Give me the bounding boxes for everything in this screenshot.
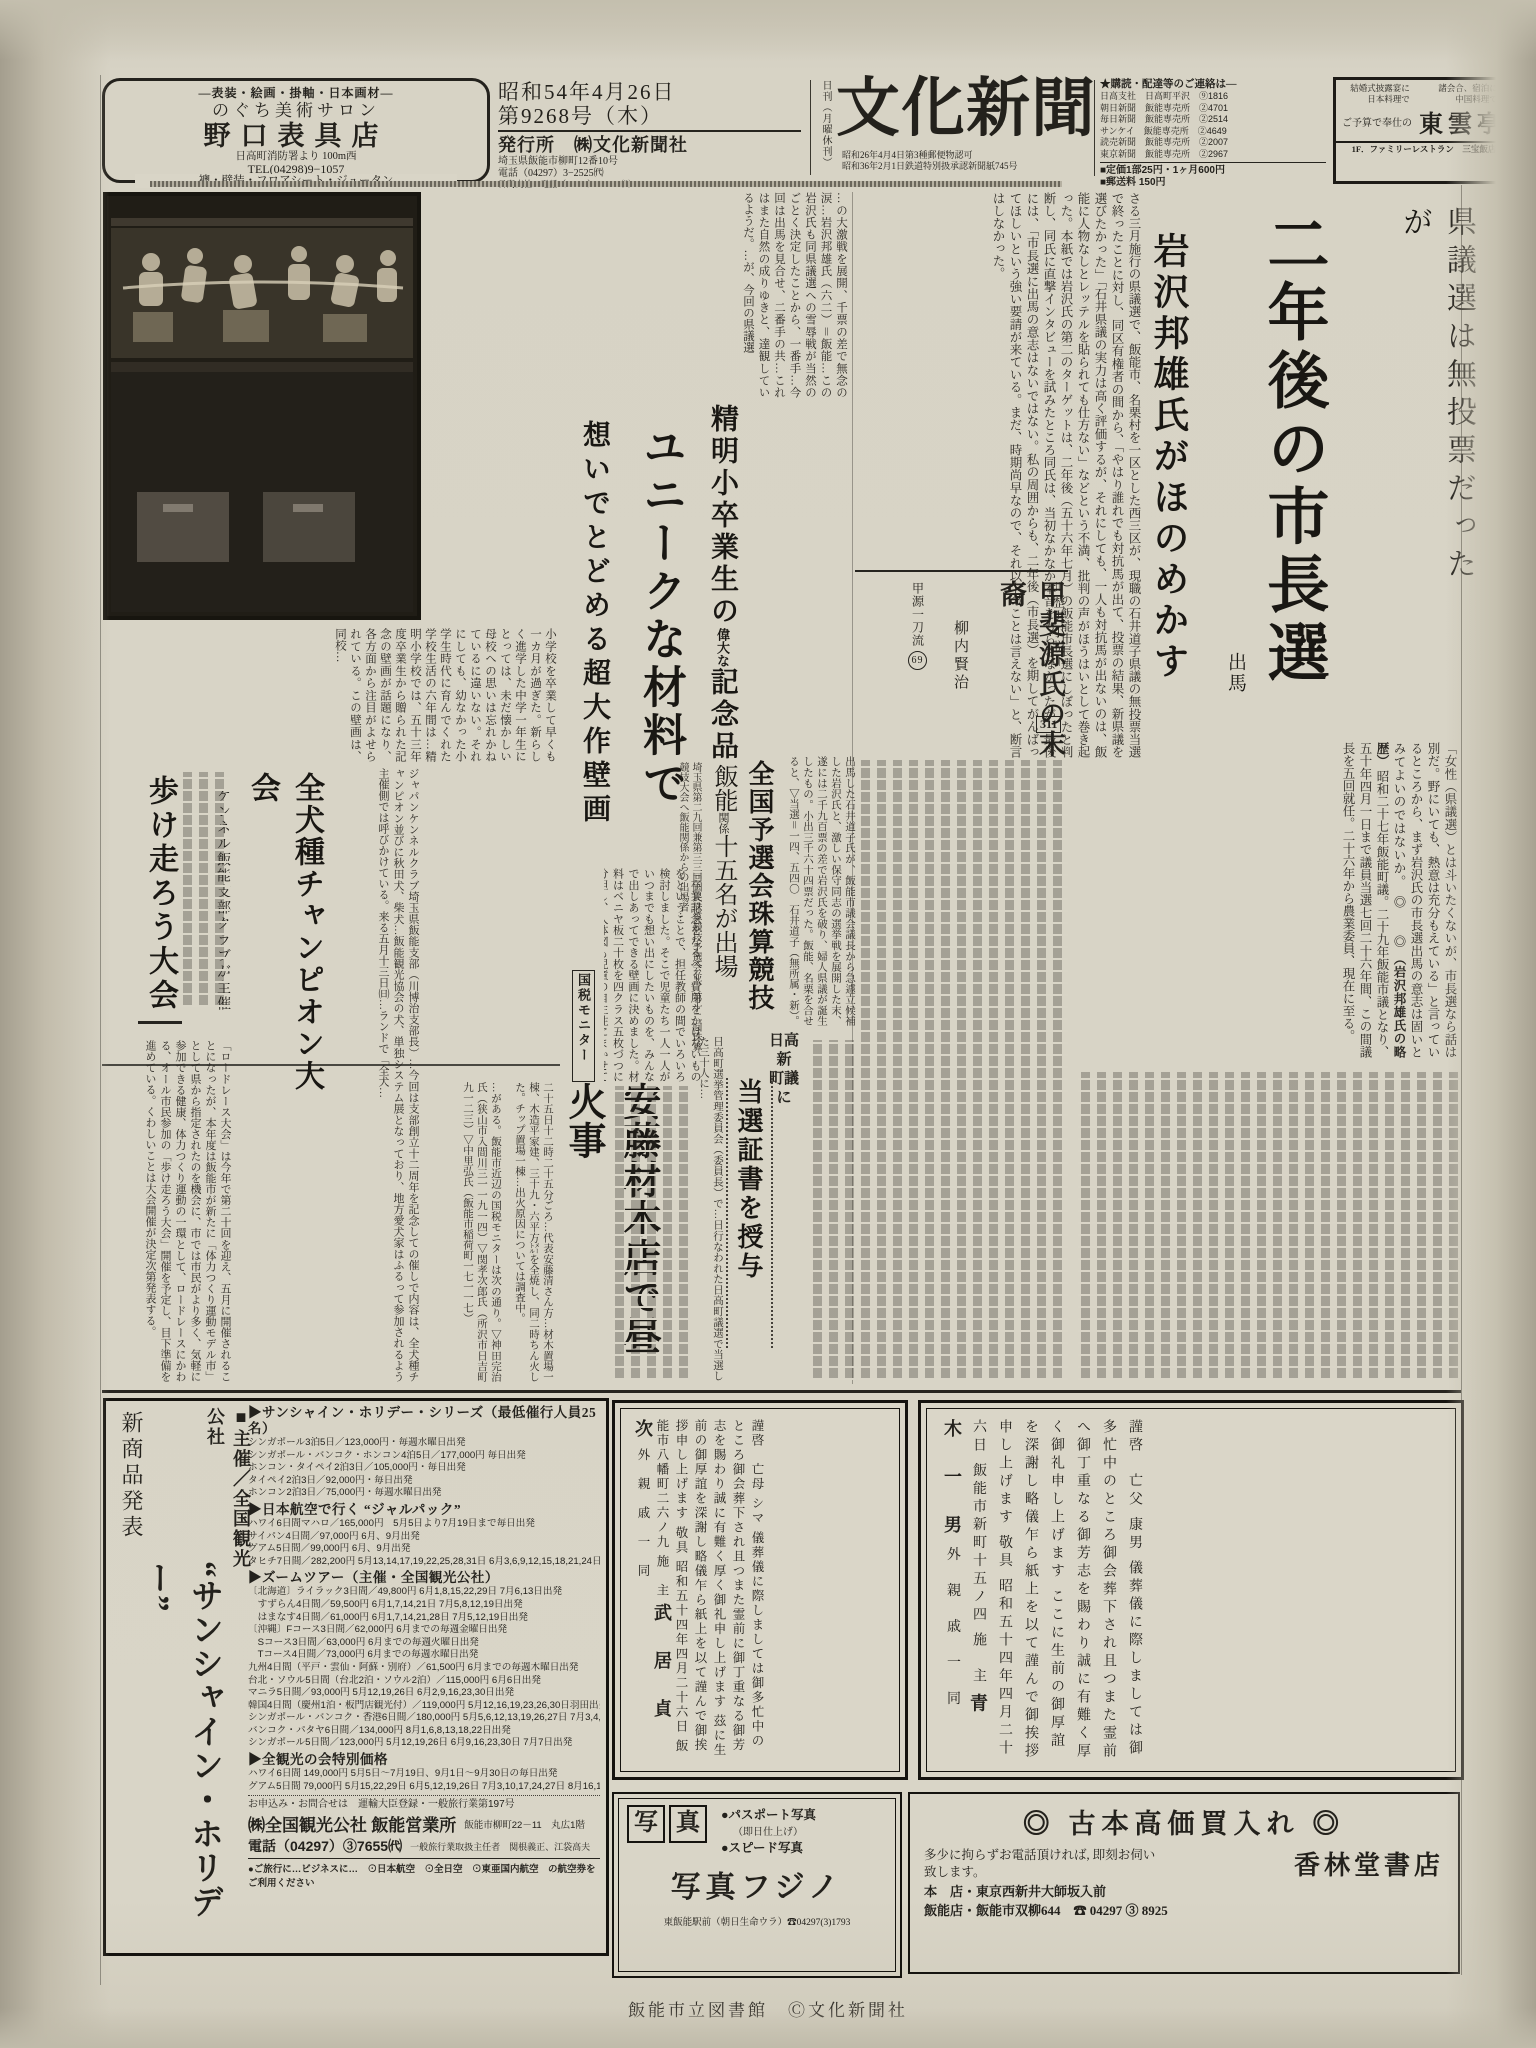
divider <box>498 130 801 132</box>
travel-company-address: 飯能市柳町22－11 丸広1階 <box>464 1817 585 1831</box>
page-edge-shadow <box>0 0 1536 60</box>
tonan-name: 東雲亭 <box>1419 104 1506 139</box>
headline-kicker: 県議選は無投票だったが <box>1392 206 1480 616</box>
tax-monitor-body: …がある。飯能市近辺の国税モニターは次の通り。▽神田完治氏（狭山市入間川三一一九… <box>428 1082 502 1382</box>
list-item: シンガポール5日間／123,000円 5月12,19,26日 6月9,16,23… <box>248 1737 600 1750</box>
books-line2: 飯能店・飯能市双柳644 ☎ 04297 ③ 8925 <box>924 1901 1444 1920</box>
tax-monitor-box: 国税モニター <box>572 970 595 1082</box>
novel-title: 甲斐源氏の末裔 <box>992 580 1070 760</box>
books-shop-name: 香林堂書店 <box>1294 1845 1444 1882</box>
soroban-subhead: 飯能関係十五名が出場 <box>706 764 741 1054</box>
main-article-spill: …の大激戦を展開、千票の差で無念の涙…岩沢邦雄氏（六二）＝飯能…この岩沢氏も同県… <box>432 192 848 398</box>
election-results: 出馬した石井道子氏が、飯能市議会議長から急遽立候補した岩沢氏と、激しい保守同志の… <box>786 756 856 1026</box>
books-mid-row: 多少に拘らずお電話頂ければ, 即刻お伺い 致します。 香林堂書店 <box>924 1845 1444 1882</box>
list-item: タヒチ7日間／282,200円 5月13,14,17,19,22,25,28,3… <box>248 1556 600 1569</box>
travel-section-3: ▶ズームツアー（主催・全国観光公社） 〔北海道〕ライラック3日間／49,800円… <box>248 1570 600 1750</box>
illegible-text-region <box>612 1086 688 1380</box>
list-item: 日高支社 日高町平沢 ⑨1816 <box>1100 91 1326 103</box>
list-item: サンケイ 飯能専売所 ②4649 <box>1100 126 1326 138</box>
soroban-headline: 全国予選会珠算競技 <box>742 760 779 1040</box>
travel-section-4: ▶全観光の会特別価格 ハワイ6日間 149,000円 5月5日～7月19日、9月… <box>248 1752 600 1793</box>
subscription-contacts: ★購読・配達等のご連絡は― 日高支社 日高町平沢 ⑨1816朝日新聞 飯能専売所… <box>1100 78 1326 182</box>
section-title: ▶ズームツアー（主催・全国観光公社） <box>248 1570 600 1586</box>
photo-services: ●パスポート写真 （即日仕上げ） ●スピード写真 <box>721 1805 816 1856</box>
tonan-name-row: ご予算で奉仕の 東雲亭 <box>1336 104 1512 139</box>
books-line1: 本 店・東京西新井大師坂入前 <box>924 1882 1444 1901</box>
obituary-text: 謹啓 亡父 康男 儀葬儀に際しましては御多忙中のところ御会葬下され且つまた霊前へ… <box>939 1419 1147 1761</box>
decorative-mark: ◎ <box>1023 1809 1056 1839</box>
list-item: ホンコン・タイペイ2泊3日／105,000円・毎日出発 <box>248 1462 600 1475</box>
list-item: グアム5日間／99,000円 6月、9月出発 <box>248 1543 600 1556</box>
price-line2: ■郵送料 150円 <box>1100 177 1326 189</box>
profile-text: 昭和二十七年飯能町議。二十九年飯能市議となり、五十年四月一日まで議員当選七回二十… <box>1341 742 1389 1058</box>
photo-logo-char1: 写 <box>627 1805 665 1843</box>
used-books-ad: ◎ 古本高価買入れ ◎ 多少に拘らずお電話頂ければ, 即刻お伺い 致します。 香… <box>908 1792 1460 1974</box>
list-item: 読売新聞 飯能専売所 ②2007 <box>1100 137 1326 149</box>
list-item: 台北・ソウル5日間（台北2泊・ソウル2泊）／115,000円 6月6日出発 <box>248 1675 600 1688</box>
tonan-restaurant-ad: 結婚式披露宴に 日本料理で 諸会合、宿泊に 中国料理で ご予算で奉仕の 東雲亭 … <box>1333 77 1515 184</box>
travel-organizer: ■主催／全国観光公社 <box>202 1407 254 1577</box>
masthead-license: 昭和26年4月4日第3種郵便物認可 昭和36年2月1日鉄道特別扱承認新聞紙745… <box>842 150 1018 172</box>
certificate-body: 日高町選挙管理委員会（委員長）で…日行なわれた日高町議選で当選した三十人に… <box>692 1036 724 1381</box>
list-item: バンコク・パタヤ6日間／134,000円 8月1,6,8,13,18,22日出発 <box>248 1725 600 1738</box>
page-footer-credit: 飯能市立図書館 Ⓒ文化新聞社 <box>0 1996 1536 2021</box>
tonan-lead-left: 結婚式披露宴に 日本料理で <box>1350 83 1410 104</box>
masthead-daily-label: 日刊（月曜休刊） <box>818 80 833 174</box>
books-title: 古本高価買入れ <box>1069 1809 1300 1839</box>
soroban-body: 埼玉県第二九回兼第三三回国民珠算競技予選会並、第十二回珠算競技大会へ飯能関係から… <box>666 762 702 1052</box>
photo-shop-name: 写真フジノ <box>627 1862 887 1906</box>
illegible-text-region <box>180 772 230 1007</box>
list-item: Sコース3日間／63,000円 6月までの毎週火曜日出発 <box>248 1637 600 1650</box>
novel-chapter-number: 69 <box>908 651 927 670</box>
photo-logo: 写真 <box>627 1805 711 1843</box>
newspaper-page: ―表装・絵画・掛軸・日本画材― のぐち美術サロン 野口表具店 日高町消防署より … <box>0 0 1536 2048</box>
list-item: 東京新聞 飯能専売所 ②2967 <box>1100 149 1326 161</box>
list-item: はまなす4日間／61,000円 6月1,7,14,21,28日 7月5,12,1… <box>248 1612 600 1625</box>
travel-section-1: ▶サンシャイン・ホリデー・シリーズ（最低催行人員25名） シンガポール3泊5日／… <box>248 1405 600 1500</box>
page-edge-shadow <box>0 0 110 2048</box>
list-item: マニラ5日間／93,000円 5月12,19,26日 6月2,9,16,23,3… <box>248 1687 600 1700</box>
list-item: タイペイ2泊3日／92,000円・毎日出発 <box>248 1475 600 1488</box>
issue-date: 昭和54年4月26日 <box>498 80 801 104</box>
publisher: 発行所 ㈱文化新聞社 <box>498 135 801 156</box>
list-item: グアム5日間 79,000円 5月15,22,29日 6月5,12,19,26日… <box>248 1781 600 1794</box>
ads-top-rule <box>102 1390 1461 1393</box>
travel-tel: 電話（04297）③7655㈹ <box>248 1836 402 1856</box>
noguchi-name: 野口表具店 <box>105 121 487 151</box>
certificate-headline: 当選証書を授与 <box>726 1078 773 1348</box>
walk-run-body: 「ロードレース大会」は今年で第二十回を迎え、五月に開催されることになったが、本年… <box>104 1040 232 1382</box>
list-item: すずらん4日間／59,500円 6月1,7,14,21日 7月5,8,12,19… <box>248 1599 600 1612</box>
travel-apply-note: お申込み・お問合せは 運輸大臣登録・一般旅行業第197号 <box>248 1798 600 1811</box>
travel-section-2: ▶日本航空で行く “ジャルパック” ハワイ6日間マハロ／165,000円 5月5… <box>248 1502 600 1568</box>
list-item: サイパン4日間／97,000円 6月、9月出発 <box>248 1531 600 1544</box>
novel-chapter: 甲源一刀流 69 <box>908 582 927 712</box>
travel-staff: 一般旅行業取扱主任者 関根義正、江袋高夫 <box>410 1840 590 1853</box>
list-item: ハワイ6日間 149,000円 5月5日～7月19日、9月1日～9月30日の毎日… <box>248 1768 600 1781</box>
list-item: シンガポール・バンコク・香港6日間／180,000円 5月5,6,12,13,1… <box>248 1712 600 1725</box>
list-item: 毎日新聞 飯能専売所 ②2514 <box>1100 114 1326 126</box>
price-line1: ■定価1部25円・1ヶ月600円 <box>1100 162 1326 177</box>
obituary-takei: 謹啓 亡母 シマ 儀葬儀に際しましては御多忙中のところ御会葬下され且つまた霊前に… <box>612 1400 908 1780</box>
headline-note: 出馬 <box>1222 652 1249 712</box>
section-lines: ハワイ6日間マハロ／165,000円 5月5日より7月19日まで毎日出発サイパン… <box>248 1518 600 1568</box>
travel-company-row: ㈱全国観光公社 飯能営業所 飯能市柳町22－11 丸広1階 <box>248 1811 600 1836</box>
photo-shop-ad: 写真 ●パスポート写真 （即日仕上げ） ●スピード写真 写真フジノ 東飯能駅前（… <box>612 1792 902 1978</box>
travel-packages: ▶サンシャイン・ホリデー・シリーズ（最低催行人員25名） シンガポール3泊5日／… <box>248 1405 600 1889</box>
travel-footer-note: ●ご旅行に…ビジネスに… ⊙日本航空 ⊙全日空 ⊙東亜国内航空 の航空券をご利用… <box>248 1858 600 1889</box>
section-title: ▶日本航空で行く “ジャルパック” <box>248 1502 600 1518</box>
obituary-inner: 謹啓 亡母 シマ 儀葬儀に際しましては御多忙中のところ御会葬下され且つまた霊前に… <box>620 1408 900 1772</box>
contacts-list: 日高支社 日高町平沢 ⑨1816朝日新聞 飯能専売所 ②4701毎日新聞 飯能専… <box>1100 91 1326 160</box>
page-left-rule <box>100 75 101 1985</box>
headline-main: 二年後の市長選 <box>1248 212 1337 732</box>
section-lines: ハワイ6日間 149,000円 5月5日～7月19日、9月1日～9月30日の毎日… <box>248 1768 600 1793</box>
noguchi-tagline: ―表装・絵画・掛軸・日本画材― <box>105 84 487 101</box>
novel-body-illegible <box>858 760 1068 1380</box>
tonan-footer: 1F．ファミリーレストラン 三宝飯店 <box>1336 141 1512 156</box>
books-title-row: ◎ 古本高価買入れ ◎ <box>924 1802 1444 1841</box>
main-article-body-2: 「女性（県議選）とは斗いたくないが、市長選なら話は別だ。野にいても、熱意は充分も… <box>1078 742 1458 1058</box>
issue-block: 昭和54年4月26日 第9268号（木） 発行所 ㈱文化新聞社 埼玉県飯能市柳町… <box>498 80 801 178</box>
dog-show-body: ジャパンケンネルクラブ埼玉県飯能支部（川博治支部長）…今回は支部創立十二周年を記… <box>286 768 420 1382</box>
header-divider-line2 <box>1094 80 1095 176</box>
illegible-text-region <box>1078 1072 1458 1380</box>
illegible-text-region <box>810 1040 856 1380</box>
noguchi-salon: のぐち美術サロン <box>105 101 487 121</box>
list-item: 韓国4日間（慶州1泊・板門店観光付）／119,000円 5月12,16,19,2… <box>248 1700 600 1713</box>
issue-number: 第9268号（木） <box>498 104 801 128</box>
novel-top-rule <box>855 570 1068 572</box>
travel-tel-row: 電話（04297）③7655㈹ 一般旅行業取扱主任者 関根義正、江袋高夫 <box>248 1836 600 1856</box>
publisher-tel: 電話（04297）3−2525㈹ <box>498 168 801 180</box>
photo-logo-char2: 真 <box>669 1805 707 1843</box>
obituary-inner: 謹啓 亡父 康男 儀葬儀に際しましては御多忙中のところ御会葬下され且つまた霊前へ… <box>926 1408 1456 1772</box>
contacts-lead: ★購読・配達等のご連絡は― <box>1100 78 1326 91</box>
list-item: ハワイ6日間マハロ／165,000円 5月5日より7月19日まで毎日出発 <box>248 1518 600 1531</box>
license-line2: 昭和36年2月1日鉄道特別扱承認新聞紙745号 <box>842 161 1018 172</box>
photo-shop-top: 写真 ●パスポート写真 （即日仕上げ） ●スピード写真 <box>627 1805 887 1856</box>
list-item: シンガポール3泊5日／123,000円・毎週水曜日出発 <box>248 1437 600 1450</box>
divider <box>248 1795 600 1796</box>
section-title: ▶全観光の会特別価格 <box>248 1752 600 1768</box>
publisher-address: 埼玉県飯能市柳町12番10号 <box>498 156 801 168</box>
article-photo-mural <box>103 192 421 625</box>
mural-headline-ruby: 偉大な <box>715 628 730 667</box>
list-item: 〔沖縄〕Fコース3日間／62,000円 6月までの毎週金曜日出発 <box>248 1624 600 1637</box>
obituary-text: 謹啓 亡母 シマ 儀葬儀に際しましては御多忙中のところ御会葬下され且つまた霊前に… <box>633 1419 766 1761</box>
list-item: Tコース4日間／73,000円 6月までの毎週水曜日出発 <box>248 1649 600 1662</box>
obituary-aoki: 謹啓 亡父 康男 儀葬儀に際しましては御多忙中のところ御会葬下され且つまた霊前へ… <box>918 1400 1464 1780</box>
travel-brand: “サンシャイン・ホリデー” <box>134 1561 228 1947</box>
books-body: 多少に拘らずお電話頂ければ, 即刻お伺い 致します。 <box>924 1847 1224 1881</box>
photo-shop-address: 東飯能駅前（朝日生命ウラ）☎04297(3)1793 <box>627 1914 887 1928</box>
tonan-lead: ご予算で奉仕の <box>1342 114 1412 129</box>
tonan-lead-right: 諸会合、宿泊に 中国料理で <box>1438 83 1498 104</box>
header-rule-band <box>150 181 1062 187</box>
travel-new-product: 新商品発表 <box>116 1411 147 1561</box>
list-item: 朝日新聞 飯能専売所 ②4701 <box>1100 103 1326 115</box>
headline-deck: 岩沢邦雄氏がほのめかす <box>1144 232 1195 732</box>
header-divider-line <box>810 80 811 175</box>
section-lines: シンガポール3泊5日／123,000円・毎週水曜日出発シンガポール・バンコク・ホ… <box>248 1437 600 1500</box>
list-item: 九州4日間（平戸・雲仙・阿蘇・別府）／61,500円 6月までの毎週木曜日出発 <box>248 1662 600 1675</box>
section-title: ▶サンシャイン・ホリデー・シリーズ（最低催行人員25名） <box>248 1405 600 1437</box>
travel-agency-ad: 新商品発表 ■主催／全国観光公社 “サンシャイン・ホリデー” ▶サンシャイン・ホ… <box>103 1398 609 1956</box>
mural-body: 小学校を卒業して早くも一カ月が過ぎた。新らしく進学した中学一年生にとっては、未だ… <box>105 628 557 762</box>
photo-shop-inner: 写真 ●パスポート写真 （即日仕上げ） ●スピード写真 写真フジノ 東飯能駅前（… <box>618 1798 896 1972</box>
license-line1: 昭和26年4月4日第3種郵便物認可 <box>842 150 1018 161</box>
masthead-title: 文化新聞 <box>836 70 1096 148</box>
fire-body: 二十五日十二時二十五分ごろ…代表安藤清さん方…材木置場一棟、木造平家建、三十九・… <box>506 1082 554 1382</box>
list-item: 〔北海道〕ライラック3日間／49,800円 6月1,8,15,22,29日 7月… <box>248 1586 600 1599</box>
list-item: ホンコン2泊3日／75,000円・毎週水曜日出発 <box>248 1487 600 1500</box>
walk-run-headline: 歩け走ろう大会 <box>138 775 182 1024</box>
section-lines: 〔北海道〕ライラック3日間／49,800円 6月1,8,15,22,29日 7月… <box>248 1586 600 1750</box>
mural-headline-3: 想いでとどめる超大作壁画 <box>574 420 614 860</box>
tonan-leads: 結婚式披露宴に 日本料理で 諸会合、宿泊に 中国料理で <box>1336 83 1512 104</box>
list-item: シンガポール・バンコク・ホンコン4泊5日／177,000円 毎日出発 <box>248 1450 600 1463</box>
noguchi-ad: ―表装・絵画・掛軸・日本画材― のぐち美術サロン 野口表具店 日高町消防署より … <box>102 78 490 183</box>
decorative-mark: ◎ <box>1312 1809 1345 1839</box>
novel-author: 柳内賢治 <box>950 620 971 730</box>
travel-company: ㈱全国観光公社 飯能営業所 <box>248 1811 456 1836</box>
